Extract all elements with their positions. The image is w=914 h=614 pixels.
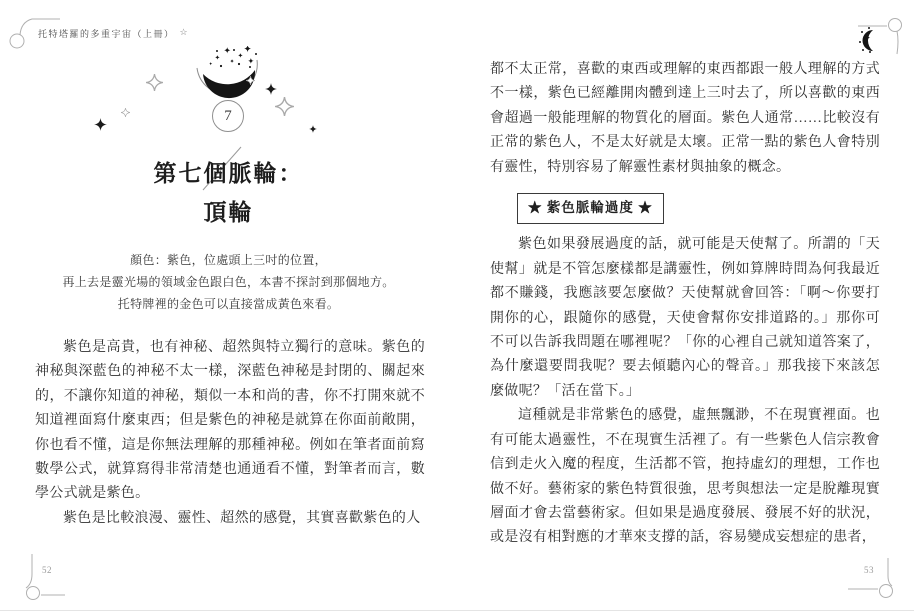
chakra-color-note-line: 顏色：紫色，位處頭上三吋的位置， — [0, 249, 457, 271]
dark-moon-icon — [856, 26, 882, 54]
body-paragraph: 紫色是高貴，也有神秘、超然與特立獨行的意味。紫色的神秘與深藍色的神秘不太一樣，深… — [35, 336, 425, 507]
corner-ornament-bottom-right — [846, 552, 908, 604]
chakra-color-note-line: 托特牌裡的金色可以直接當成黃色來看。 — [0, 293, 457, 315]
page-edge-line — [0, 610, 914, 611]
running-head-text: 托特塔羅的多重宇宙（上冊） — [38, 29, 175, 39]
chakra-color-note: 顏色：紫色，位處頭上三吋的位置， 再上去是靈光場的領域金色跟白色，本書不探討到那… — [0, 249, 457, 315]
sparkle-star-icon — [309, 125, 317, 133]
star-icon: ☆ — [180, 27, 190, 38]
chakra-color-note-line: 再上去是靈光場的領域金色跟白色，本書不探討到那個地方。 — [0, 271, 457, 293]
chapter-title-line2: 頂輪 — [0, 193, 457, 232]
body-paragraph: 這種就是非常紫色的感覺，虛無飄渺，不在現實裡面。也有可能太過靈性，不在現實生活裡… — [490, 404, 880, 550]
running-head: 托特塔羅的多重宇宙（上冊）☆ — [38, 27, 175, 40]
sparkle-star-icon — [94, 118, 107, 131]
left-body-text: 紫色是高貴，也有神秘、超然與特立獨行的意味。紫色的神秘與深藍色的神秘不太一樣，深… — [35, 336, 425, 531]
corner-ornament-bottom-left — [8, 552, 68, 604]
page-number-left: 52 — [42, 565, 52, 575]
page-left: 托特塔羅的多重宇宙（上冊）☆ — [0, 0, 457, 614]
book-spread: 托特塔羅的多重宇宙（上冊）☆ — [0, 0, 914, 614]
body-paragraph: 都不太正常，喜歡的東西或理解的東西都跟一般人理解的方式不一樣，紫色已經離開肉體到… — [490, 58, 880, 180]
sparkle-star-icon — [121, 108, 130, 117]
chapter-title-line1: 第七個脈輪： — [0, 154, 457, 193]
sparkle-star-icon — [146, 74, 163, 91]
sparkle-star-icon — [275, 97, 294, 116]
sparkle-star-icon — [265, 83, 277, 95]
sparkle-star-icon — [246, 76, 255, 85]
page-number-right: 53 — [864, 565, 874, 575]
page-title: 第七個脈輪： 頂輪 — [0, 154, 457, 232]
body-paragraph: 紫色如果發展過度的話，就可能是天使幫了。所謂的「天使幫」就是不管怎麼樣都是講靈性… — [490, 233, 880, 404]
page-right: 都不太正常，喜歡的東西或理解的東西都跟一般人理解的方式不一樣，紫色已經離開肉體到… — [457, 0, 914, 614]
section-heading-box: ★ 紫色脈輪過度 ★ — [517, 193, 664, 224]
chapter-number: 7 — [224, 108, 232, 125]
chapter-number-badge: 7 — [212, 100, 244, 132]
right-body-text: 都不太正常，喜歡的東西或理解的東西都跟一般人理解的方式不一樣，紫色已經離開肉體到… — [490, 58, 880, 551]
body-paragraph: 紫色是比較浪漫、靈性、超然的感覺，其實喜歡紫色的人 — [35, 507, 425, 531]
